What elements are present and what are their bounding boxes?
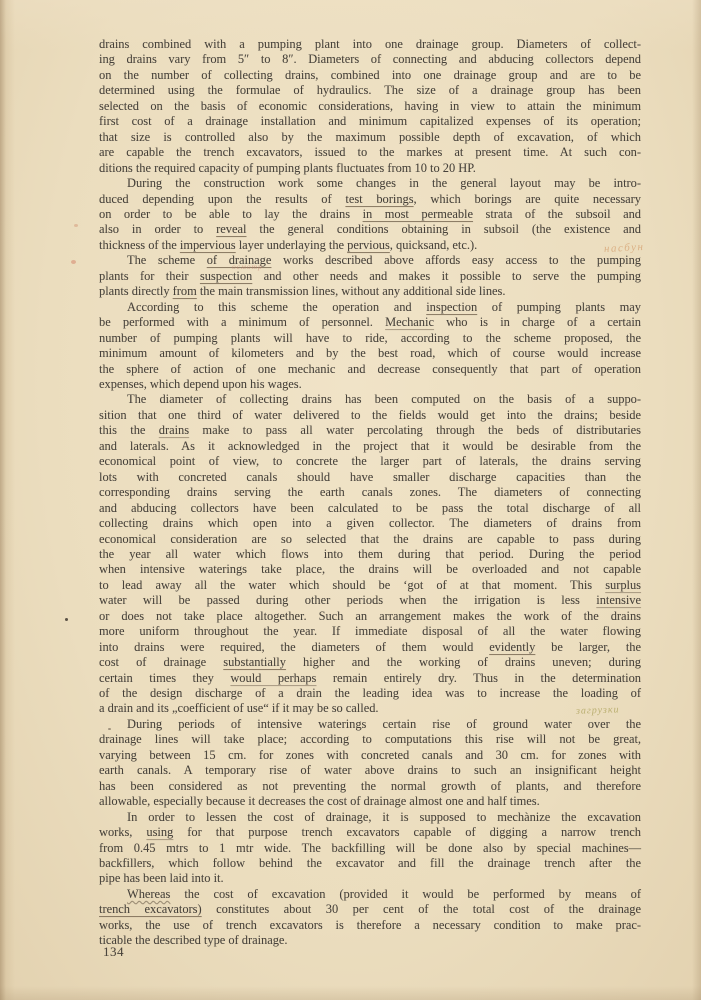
text-segment: The scheme [127, 253, 207, 267]
text-segment: first cost of a drainage installation an… [99, 114, 641, 128]
text-line: According to this scheme the operation a… [99, 300, 641, 315]
text-segment: drains combined with a pumping plant int… [99, 37, 641, 51]
text-segment: more uniform throughout the year. If imm… [99, 624, 641, 638]
text-line: plants directly from the main transmissi… [99, 284, 641, 299]
text-block: drains combined with a pumping plant int… [99, 37, 641, 949]
text-segment: drainage lines will take place; accordin… [99, 732, 641, 746]
text-segment: for that purpose trench excavators capab… [173, 825, 641, 839]
text-line: drainage lines will take place; accordin… [99, 732, 641, 747]
text-line: on order to be able to lay the drains in… [99, 207, 641, 222]
text-line: expenses, which depend upon his wages. [99, 377, 641, 392]
text-line: drains combined with a pumping plant int… [99, 37, 641, 52]
text-segment: when intensive waterings take place, the… [99, 562, 641, 576]
text-line: thickness of the impervious layer underl… [99, 238, 641, 253]
text-segment: layer underlaying the [236, 238, 347, 252]
text-line: The scheme of drainage works described a… [99, 253, 641, 268]
pencil-underlined-text: drains [159, 423, 189, 437]
text-line: During the construction work some change… [99, 176, 641, 191]
ink-speck [176, 150, 179, 152]
pencil-underlined-text: Whereas [127, 887, 170, 901]
text-line: works, using for that purpose trench exc… [99, 825, 641, 840]
text-segment: strata of the subsoil and [473, 207, 641, 221]
text-line: duced depending upon the results of test… [99, 192, 641, 207]
text-line: the year all water which flows into them… [99, 547, 641, 562]
text-line: determined using the formulae of hydraul… [99, 83, 641, 98]
text-segment: who is in charge of a certain [434, 315, 641, 329]
pencil-underlined-text: using [146, 825, 173, 839]
text-segment: the general conditions obtaining in subs… [246, 222, 641, 236]
text-segment: constitutes about 30 per cent of the tot… [202, 902, 641, 916]
paragraph: The diameter of collecting drains has be… [99, 392, 641, 717]
paragraph: During the construction work some change… [99, 176, 641, 253]
text-line: backfillers, which follow behind the exc… [99, 856, 641, 871]
text-line: and abducing collectors have been calcul… [99, 501, 641, 516]
text-segment: collecting drains which open into a give… [99, 516, 641, 530]
text-segment: economical point of view, to concrete th… [99, 454, 641, 468]
text-segment: higher and the working of drains uneven;… [286, 655, 641, 669]
paragraph: Whereas the cost of excavation (provided… [99, 887, 641, 949]
text-line: ing drains vary from 5″ to 8″. Diameters… [99, 52, 641, 67]
text-line: of the design discharge of a drain the l… [99, 686, 641, 701]
pencil-underlined-text: evidently [489, 640, 535, 654]
text-segment: and other needs and makes it possible to… [252, 269, 641, 283]
text-segment: also in order to [99, 222, 216, 236]
pencil-underlined-text: test borings [345, 192, 413, 206]
text-segment: be larger, the [535, 640, 641, 654]
text-line: trench excavators) constitutes about 30 … [99, 902, 641, 917]
text-line: water will be passed during other period… [99, 593, 641, 608]
text-line: the sphere of action of one mechanic and… [99, 362, 641, 377]
text-segment: earth canals. A temporary rise of water … [99, 763, 641, 777]
text-segment: a drain and its „coefficient of use“ if … [99, 701, 379, 715]
text-line: on the number of collecting drains, comb… [99, 68, 641, 83]
pencil-underlined-text: intensive [596, 593, 641, 607]
text-line: economical consideration are so selected… [99, 532, 641, 547]
scanned-page: drains combined with a pumping plant int… [0, 0, 701, 1000]
text-line: During periods of intensive waterings ce… [99, 717, 641, 732]
text-segment: plants directly [99, 284, 173, 298]
text-segment: works, the use of trench excavators is t… [99, 918, 641, 932]
text-segment: duced depending upon the results of [99, 192, 345, 206]
text-line: minimum amount of kilometers and by the … [99, 346, 641, 361]
text-line: when intensive waterings take place, the… [99, 562, 641, 577]
text-segment: remain entirely dry. Thus in the determi… [316, 671, 641, 685]
text-line: a drain and its „coefficient of use“ if … [99, 701, 641, 716]
text-line: selected on the basis of economic consid… [99, 99, 641, 114]
text-segment: the year all water which flows into them… [99, 547, 641, 561]
text-segment: and laterals. As it acknowledged in the … [99, 439, 641, 453]
text-line: corresponding drains serving the earth c… [99, 485, 641, 500]
text-line: The diameter of collecting drains has be… [99, 392, 641, 407]
text-line: that size is controlled also by the maxi… [99, 130, 641, 145]
text-segment: According to this scheme the operation a… [127, 300, 426, 314]
text-segment: the sphere of action of one mechanic and… [99, 362, 641, 376]
pencil-underlined-text: inspection [426, 300, 477, 314]
text-segment: this the [99, 423, 159, 437]
text-segment: number of pumping plants will have to ri… [99, 331, 641, 345]
text-segment: that size is controlled also by the maxi… [99, 130, 641, 144]
pencil-underlined-text: reveal [216, 222, 246, 236]
paragraph: According to this scheme the operation a… [99, 300, 641, 393]
text-segment: corresponding drains serving the earth c… [99, 485, 641, 499]
text-line: into drains were required, the diameters… [99, 640, 641, 655]
text-line: be performed with a minimum of personnel… [99, 315, 641, 330]
text-line: plants for their suspection and other ne… [99, 269, 641, 284]
text-line: varying between 15 cm. for zones with co… [99, 748, 641, 763]
handwritten-margin-note: насбун [604, 241, 645, 255]
text-segment: into drains were required, the diameters… [99, 640, 489, 654]
text-segment: be performed with a minimum of personnel… [99, 315, 385, 329]
text-segment: expenses, which depend upon his wages. [99, 377, 302, 391]
pencil-underlined-text: impervious [180, 238, 236, 252]
text-segment: has been considered as not preventing th… [99, 779, 641, 793]
text-line: lots with concreted canals should have s… [99, 470, 641, 485]
text-segment: are capable the trench excavators, issue… [99, 145, 641, 159]
text-segment: lots with concreted canals should have s… [99, 470, 641, 484]
pencil-underlined-text: surplus [605, 578, 641, 592]
text-line: more uniform throughout the year. If imm… [99, 624, 641, 639]
text-segment: cost of drainage [99, 655, 223, 669]
text-segment: on the number of collecting drains, comb… [99, 68, 641, 82]
text-segment: minimum amount of kilometers and by the … [99, 346, 641, 360]
text-segment: backfillers, which follow behind the exc… [99, 856, 641, 870]
text-segment: to lead away all the water which should … [99, 578, 605, 592]
text-line: earth canals. A temporary rise of water … [99, 763, 641, 778]
text-line: to lead away all the water which should … [99, 578, 641, 593]
ink-speck [65, 618, 68, 621]
text-segment: ditions the required capacity of pumping… [99, 161, 476, 175]
text-segment: on order to be able to lay the drains [99, 207, 363, 221]
pencil-underlined-text: from [173, 284, 197, 298]
pencil-underlined-text: substantially [223, 655, 286, 669]
text-line: from 0.45 mtrs to 1 mtr wide. The backfi… [99, 841, 641, 856]
handwritten-margin-note: загрузки [576, 704, 620, 717]
text-line: also in order to reveal the general cond… [99, 222, 641, 237]
text-segment: sition that one third of water delivered… [99, 408, 641, 422]
text-segment: the cost of excavation (provided it woul… [170, 887, 641, 901]
text-segment: economical consideration are so selected… [99, 532, 641, 546]
text-line: certain times they would perhaps remain … [99, 671, 641, 686]
text-line: In order to lessen the cost of drainage,… [99, 810, 641, 825]
text-segment: certain times they [99, 671, 230, 685]
text-segment: of the design discharge of a drain the l… [99, 686, 641, 700]
paragraph: During periods of intensive waterings ce… [99, 717, 641, 810]
text-line: and laterals. As it acknowledged in the … [99, 439, 641, 454]
text-line: sition that one third of water delivered… [99, 408, 641, 423]
text-segment: works, [99, 825, 146, 839]
text-segment: , which borings are quite necessary [414, 192, 641, 206]
handwritten-correction-note: осмотр [232, 262, 263, 271]
text-line: pipe has been laid into it. [99, 871, 641, 886]
text-segment: and abducing collectors have been calcul… [99, 501, 641, 515]
pencil-underlined-text: trench excavators) [99, 902, 202, 916]
pencil-underlined-text: would perhaps [230, 671, 316, 685]
pencil-underlined-text: in most permeable [363, 207, 473, 221]
text-segment: thickness of the [99, 238, 180, 252]
text-line: allowable, especially because it decreas… [99, 794, 641, 809]
text-segment: During the construction work some change… [127, 176, 641, 190]
text-segment: pipe has been laid into it. [99, 871, 224, 885]
text-segment: the main transmission lines, without any… [197, 284, 506, 298]
pencil-underlined-text: Mechanic [385, 315, 434, 329]
text-segment: varying between 15 cm. for zones with co… [99, 748, 641, 762]
text-segment: allowable, especially because it decreas… [99, 794, 540, 808]
text-segment: The diameter of collecting drains has be… [127, 392, 641, 406]
text-line: ditions the required capacity of pumping… [99, 161, 641, 176]
text-segment: ticable the described type of drainage. [99, 933, 288, 947]
text-segment: During periods of intensive waterings ce… [127, 717, 641, 731]
text-segment: make to pass all water percolating throu… [189, 423, 641, 437]
text-segment: or does not take place altogether. Such … [99, 609, 641, 623]
text-segment: plants for their [99, 269, 200, 283]
page-number: 134 [103, 944, 124, 960]
text-line: economical point of view, to concrete th… [99, 454, 641, 469]
text-line: ticable the described type of drainage. [99, 933, 641, 948]
pencil-underlined-text: pervious [347, 238, 390, 252]
text-line: works, the use of trench excavators is t… [99, 918, 641, 933]
text-segment: of pumping plants may [477, 300, 641, 314]
text-line: cost of drainage substantially higher an… [99, 655, 641, 670]
text-line: number of pumping plants will have to ri… [99, 331, 641, 346]
text-line: first cost of a drainage installation an… [99, 114, 641, 129]
text-segment: selected on the basis of economic consid… [99, 99, 641, 113]
ink-speck [108, 728, 111, 730]
paragraph: In order to lessen the cost of drainage,… [99, 810, 641, 887]
text-segment: works described above affords easy acces… [271, 253, 641, 267]
text-line: this the drains make to pass all water p… [99, 423, 641, 438]
text-segment: water will be passed during other period… [99, 593, 596, 607]
text-segment: determined using the formulae of hydraul… [99, 83, 641, 97]
text-segment: In order to lessen the cost of drainage,… [127, 810, 641, 824]
paragraph: drains combined with a pumping plant int… [99, 37, 641, 176]
text-line: has been considered as not preventing th… [99, 779, 641, 794]
ink-speck [71, 260, 76, 264]
text-line: Whereas the cost of excavation (provided… [99, 887, 641, 902]
text-segment: ing drains vary from 5″ to 8″. Diameters… [99, 52, 641, 66]
ink-speck [74, 224, 78, 227]
paragraph: The scheme of drainage works described a… [99, 253, 641, 299]
text-segment: , quicksand, etc.). [390, 238, 477, 252]
text-line: are capable the trench excavators, issue… [99, 145, 641, 160]
text-segment: from 0.45 mtrs to 1 mtr wide. The backfi… [99, 841, 641, 855]
text-line: or does not take place altogether. Such … [99, 609, 641, 624]
text-line: collecting drains which open into a give… [99, 516, 641, 531]
